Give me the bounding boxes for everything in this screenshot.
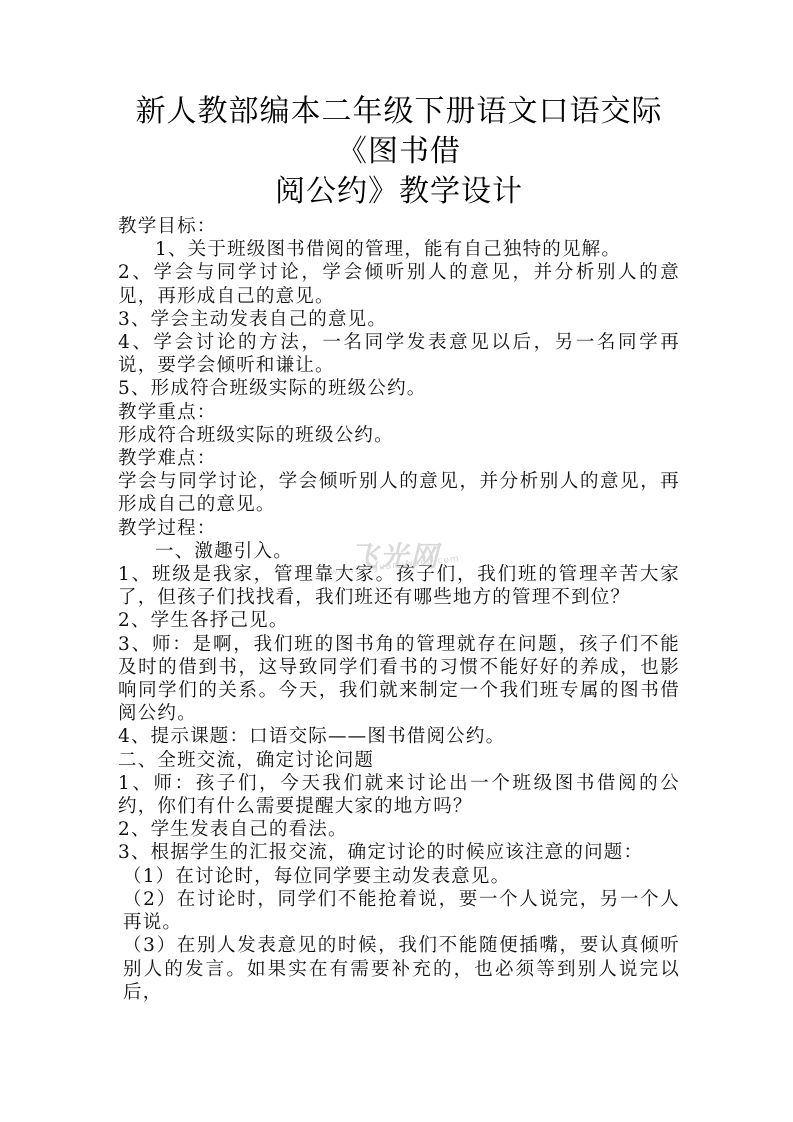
section-two-heading: 二、全班交流，确定讨论问题: [118, 749, 680, 772]
key-points-text: 形成符合班级实际的班级公约。: [118, 424, 680, 447]
heading-teaching-goals: 教学目标：: [118, 215, 680, 238]
goal-item-3: 3、学会主动发表自己的意见。: [118, 308, 680, 331]
document-page: 新人教部编本二年级下册语文口语交际《图书借 阅公约》教学设计 教学目标： 1、关…: [118, 92, 680, 1004]
title-line-1: 新人教部编本二年级下册语文口语交际《图书借: [118, 92, 680, 172]
heading-difficulties: 教学难点：: [118, 447, 680, 470]
section-two-step-2: 2、学生发表自己的看法。: [118, 818, 680, 841]
process-step-2: 2、学生各抒己见。: [118, 609, 680, 632]
process-step-1: 1、班级是我家，管理靠大家。孩子们，我们班的管理辛苦大家了，但孩子们找找看，我们…: [118, 563, 680, 609]
rule-item-3: （3）在别人发表意见的时候，我们不能随便插嘴，要认真倾听别人的发言。如果实在有需…: [118, 934, 680, 1004]
heading-teaching-process: 教学过程：: [118, 517, 680, 540]
title-line-2: 阅公约》教学设计: [118, 172, 680, 212]
heading-key-points: 教学重点：: [118, 401, 680, 424]
section-two-step-3: 3、根据学生的汇报交流，确定讨论的时候应该注意的问题：: [118, 841, 680, 864]
goal-item-5: 5、形成符合班级实际的班级公约。: [118, 377, 680, 400]
goal-item-1: 1、关于班级图书借阅的管理，能有自己独特的见解。: [118, 238, 680, 261]
rule-item-2: （2）在讨论时，同学们不能抢着说，要一个人说完，另一个人再说。: [118, 888, 680, 934]
section-two-step-1: 1、师：孩子们，今天我们就来讨论出一个班级图书借阅的公约，你们有什么需要提醒大家…: [118, 772, 680, 818]
section-one-heading: 一、激趣引入。: [118, 540, 680, 563]
process-step-3: 3、师：是啊，我们班的图书角的管理就存在问题，孩子们不能及时的借到书，这导致同学…: [118, 633, 680, 726]
process-step-4: 4、提示课题：口语交际——图书借阅公约。: [118, 725, 680, 748]
difficulties-text: 学会与同学讨论，学会倾听别人的意见，并分析别人的意见，再形成自己的意见。: [118, 470, 680, 516]
document-title: 新人教部编本二年级下册语文口语交际《图书借 阅公约》教学设计: [118, 92, 680, 212]
document-body: 教学目标： 1、关于班级图书借阅的管理，能有自己独特的见解。 2、学会与同学讨论…: [118, 215, 680, 1004]
rule-item-1: （1）在讨论时，每位同学要主动发表意见。: [118, 865, 680, 888]
goal-item-4: 4、学会讨论的方法，一名同学发表意见以后，另一名同学再说，要学会倾听和谦让。: [118, 331, 680, 377]
goal-item-2: 2、学会与同学讨论，学会倾听别人的意见，并分析别人的意见，再形成自己的意见。: [118, 261, 680, 307]
